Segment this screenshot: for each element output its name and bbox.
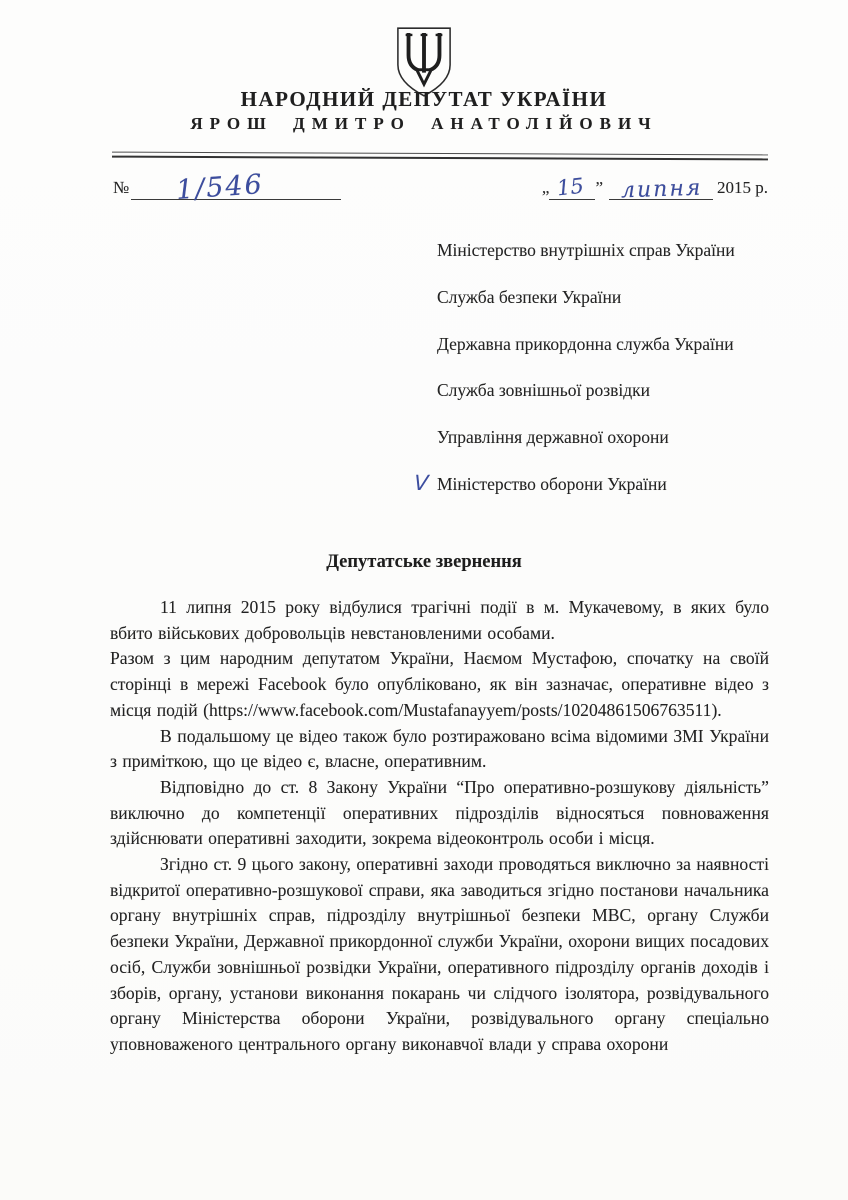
addressee-list: Міністерство внутрішніх справ України Сл… — [437, 240, 777, 521]
body-paragraph: Відповідно до ст. 8 Закону України “Про … — [110, 775, 769, 852]
addressee-label: Служба зовнішньої розвідки — [437, 380, 650, 400]
date-year: 2015 р. — [717, 178, 768, 200]
handwritten-month: липня — [621, 176, 703, 204]
addressee-label: Служба безпеки України — [437, 287, 621, 307]
letterhead-deputy-name: ЯРОШ ДМИТРО АНАТОЛІЙОВИЧ — [0, 114, 848, 134]
addressee-label: Державна прикордонна служба України — [437, 334, 734, 354]
body-paragraph: 11 липня 2015 року відбулися трагічні по… — [110, 595, 769, 646]
addressee-item: Служба безпеки України — [437, 287, 777, 334]
reference-row: № 1/546 „ 15 ” липня 2015 р. — [113, 164, 768, 200]
addressee-item: Державна прикордонна служба України — [437, 334, 777, 381]
body-paragraph: В подальшому це відео також було розтира… — [110, 724, 769, 775]
date-open-quote: „ — [542, 178, 550, 200]
letterhead-institution: НАРОДНИЙ ДЕПУТАТ УКРАЇНИ — [0, 87, 848, 112]
addressee-label: Міністерство внутрішніх справ України — [437, 240, 735, 260]
number-label: № — [113, 178, 129, 200]
date-group: „ 15 ” липня 2015 р. — [542, 171, 768, 200]
document-body: 11 липня 2015 року відбулися трагічні по… — [110, 595, 769, 1058]
body-paragraph: Згідно ст. 9 цього закону, оперативні за… — [110, 852, 769, 1058]
reference-number-group: № 1/546 — [113, 167, 341, 200]
letterhead-divider-rule — [112, 152, 768, 161]
addressee-item: Служба зовнішньої розвідки — [437, 380, 777, 427]
addressee-item: Міністерство внутрішніх справ України — [437, 240, 777, 287]
addressee-label: Управління державної охорони — [437, 427, 669, 447]
handwritten-day: 15 — [556, 174, 585, 201]
scanned-document-page: НАРОДНИЙ ДЕПУТАТ УКРАЇНИ ЯРОШ ДМИТРО АНА… — [0, 0, 848, 1200]
document-title: Депутатське звернення — [0, 552, 848, 573]
date-close-quote: ” — [595, 178, 603, 200]
addressee-item: Управління державної охорони — [437, 427, 777, 474]
addressee-label: Міністерство оборони України — [437, 474, 667, 494]
addressee-item-checked: V Міністерство оборони України — [437, 474, 777, 521]
body-paragraph: Разом з цим народним депутатом України, … — [110, 646, 769, 723]
handwritten-checkmark-icon: V — [413, 471, 429, 495]
number-underline: 1/546 — [131, 167, 341, 200]
handwritten-number: 1/546 — [175, 169, 265, 206]
date-month-underline: липня — [609, 171, 713, 200]
date-day-underline: 15 — [549, 173, 595, 200]
